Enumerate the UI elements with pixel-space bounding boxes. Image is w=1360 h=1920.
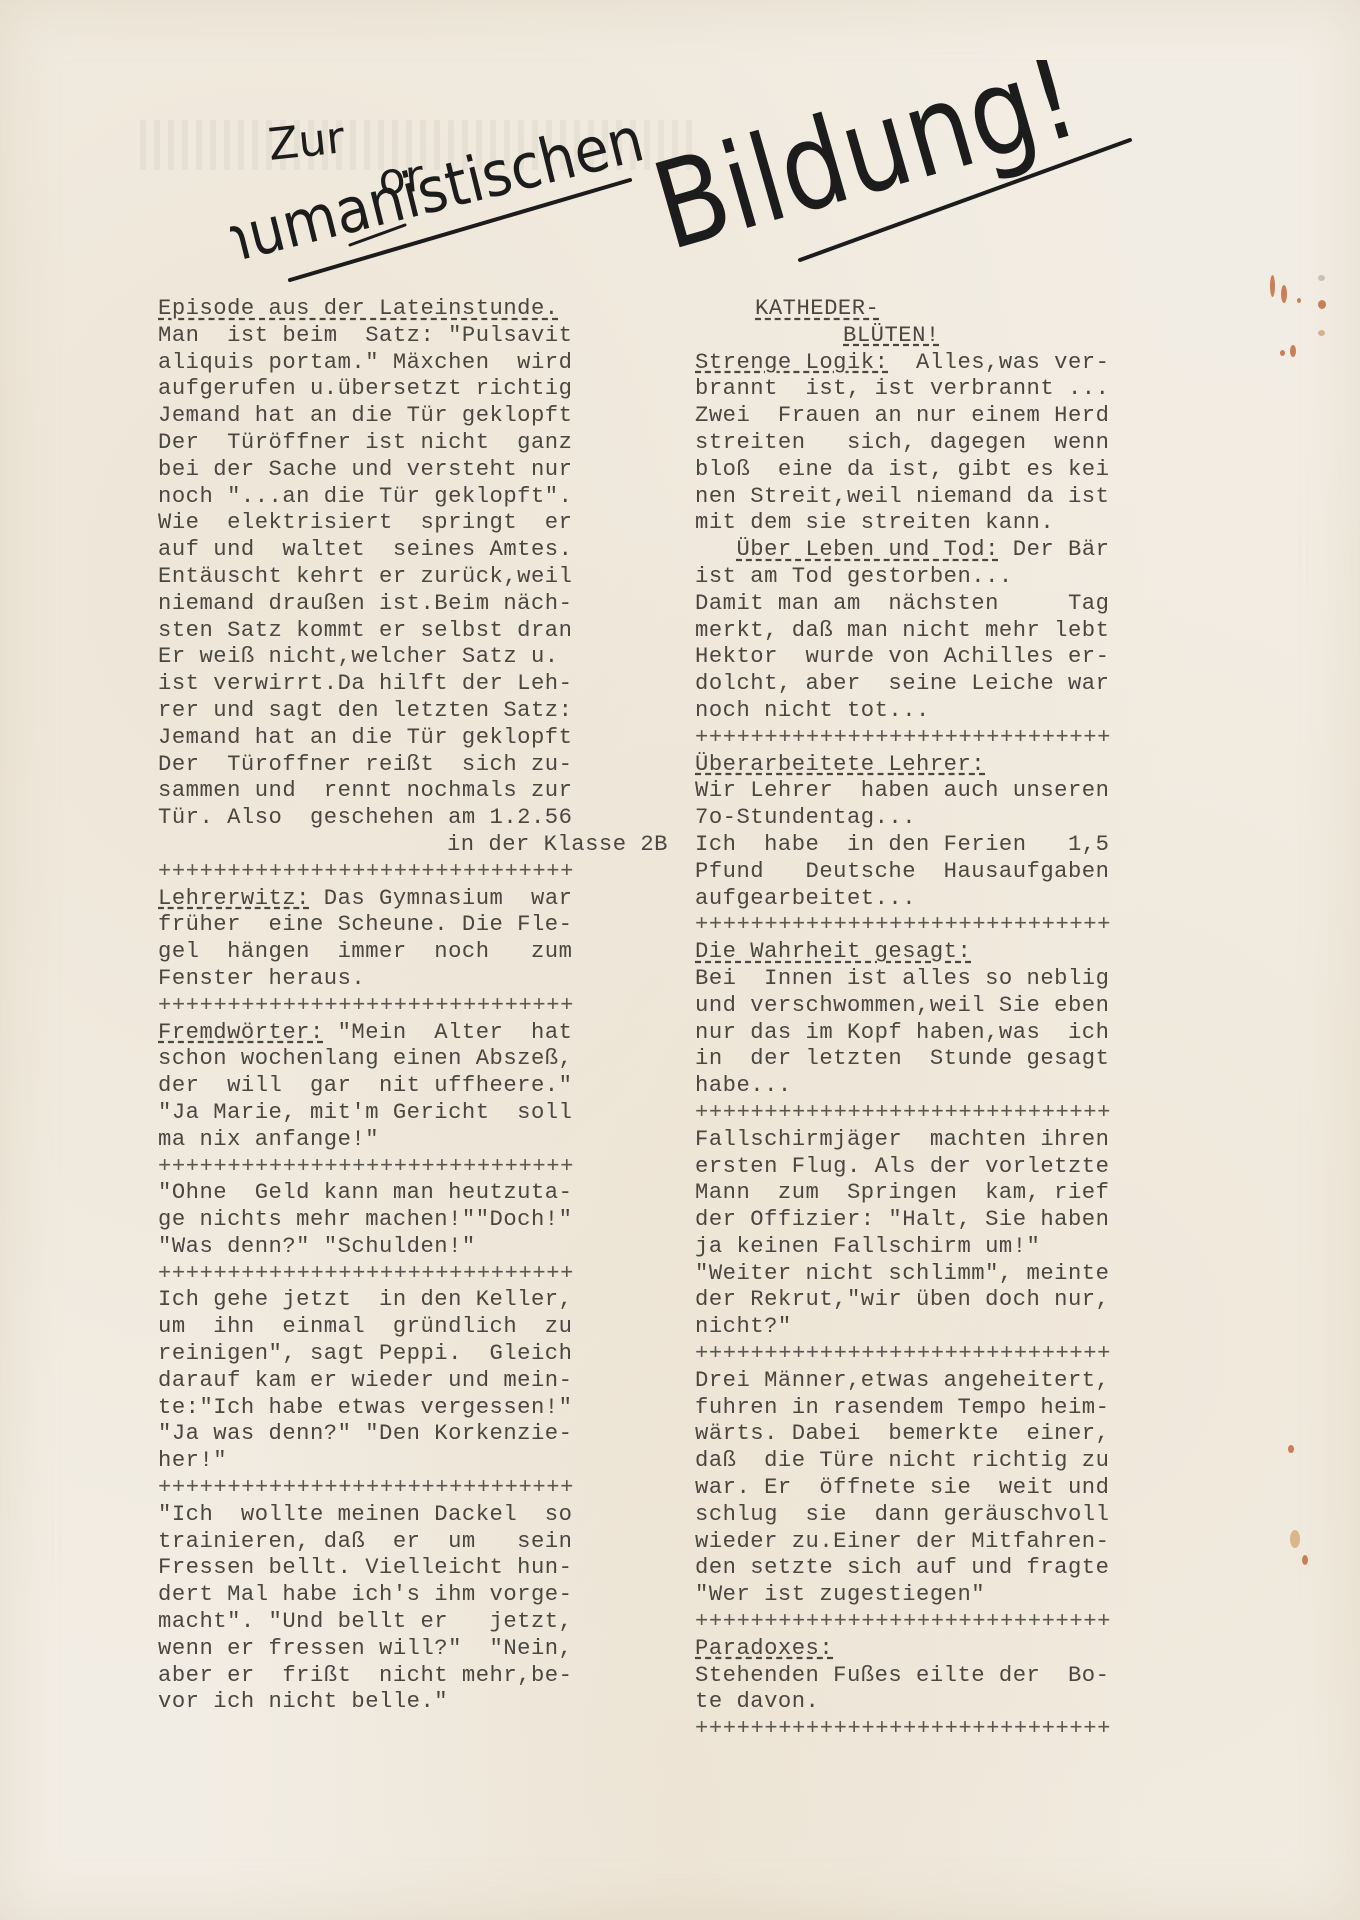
right-column: KATHEDER-BLÜTEN!Strenge Logik: Alles,was…	[695, 296, 1215, 1743]
text-line: Entäuscht kehrt er zurück,weil	[158, 564, 668, 591]
text-line: Lehrerwitz: Das Gymnasium war	[158, 886, 668, 913]
inline-heading-label: Die Wahrheit gesagt:	[695, 939, 971, 964]
text-line: habe...	[695, 1073, 1215, 1100]
text-line: Fenster heraus.	[158, 966, 668, 993]
rust-stain	[1290, 1530, 1300, 1548]
text-line: nen Streit,weil niemand da ist	[695, 484, 1215, 511]
handwritten-title: Zur or humanistischen Bildung!	[230, 60, 1190, 290]
text-line: Ich habe in den Ferien 1,5	[695, 832, 1215, 859]
text-line: Man ist beim Satz: "Pulsavit	[158, 323, 668, 350]
inline-heading-label: Lehrerwitz:	[158, 886, 310, 911]
text-line: Paradoxes:	[695, 1636, 1215, 1663]
text-line: früher eine Scheune. Die Fle-	[158, 912, 668, 939]
text-line: aufgerufen u.übersetzt richtig	[158, 376, 668, 403]
rust-stain	[1318, 330, 1325, 336]
text-line: der Offizier: "Halt, Sie haben	[695, 1207, 1215, 1234]
text-line: dolcht, aber seine Leiche war	[695, 671, 1215, 698]
text-line: Der Türoffner reißt sich zu-	[158, 752, 668, 779]
text-line: nur das im Kopf haben,was ich	[695, 1020, 1215, 1047]
text-line: auf und waltet seines Amtes.	[158, 537, 668, 564]
text-line: darauf kam er wieder und mein-	[158, 1368, 668, 1395]
text-line: te:"Ich habe etwas vergessen!"	[158, 1395, 668, 1422]
inline-heading-label: Fremdwörter:	[158, 1020, 324, 1045]
plus-separator: ++++++++++++++++++++++++++++++	[158, 1475, 668, 1502]
text-line: aber er frißt nicht mehr,be-	[158, 1663, 668, 1690]
text-line: Bei Innen ist alles so neblig	[695, 966, 1215, 993]
text-line: bloß eine da ist, gibt es kei	[695, 457, 1215, 484]
text-line: war. Er öffnete sie weit und	[695, 1475, 1215, 1502]
text-line: ma nix anfange!"	[158, 1127, 668, 1154]
text-line: daß die Türe nicht richtig zu	[695, 1448, 1215, 1475]
text-line: und verschwommen,weil Sie eben	[695, 993, 1215, 1020]
text-line: sten Satz kommt er selbst dran	[158, 618, 668, 645]
plus-separator: ++++++++++++++++++++++++++++++	[158, 993, 668, 1020]
text-line: reinigen", sagt Peppi. Gleich	[158, 1341, 668, 1368]
text-line: macht". "Und bellt er jetzt,	[158, 1609, 668, 1636]
title-main: Bildung!	[640, 60, 1092, 278]
text-line: Über Leben und Tod: Der Bär	[695, 537, 1215, 564]
plus-separator: ++++++++++++++++++++++++++++++	[695, 1716, 1215, 1743]
text-line: Pfund Deutsche Hausaufgaben	[695, 859, 1215, 886]
inline-heading-label: Strenge Logik:	[695, 350, 888, 375]
text-line: wärts. Dabei bemerkte einer,	[695, 1421, 1215, 1448]
text-line: schon wochenlang einen Abszeß,	[158, 1046, 668, 1073]
rust-stain	[1318, 300, 1326, 309]
plus-separator: ++++++++++++++++++++++++++++++	[695, 725, 1215, 752]
text-line: niemand draußen ist.Beim näch-	[158, 591, 668, 618]
left-column: Episode aus der Lateinstunde.Man ist bei…	[158, 296, 668, 1716]
text-line: schlug sie dann geräuschvoll	[695, 1502, 1215, 1529]
text-line: in der letzten Stunde gesagt	[695, 1046, 1215, 1073]
text-line: ist am Tod gestorben...	[695, 564, 1215, 591]
text-line: brannt ist, ist verbrannt ...	[695, 376, 1215, 403]
text-line: bei der Sache und versteht nur	[158, 457, 668, 484]
title-prefix: Zur	[266, 112, 348, 171]
text-line: wenn er fressen will?" "Nein,	[158, 1636, 668, 1663]
text-line: streiten sich, dagegen wenn	[695, 430, 1215, 457]
text-line: sammen und rennt nochmals zur	[158, 778, 668, 805]
text-line: Überarbeitete Lehrer:	[695, 752, 1215, 779]
text-line: Mann zum Springen kam, rief	[695, 1180, 1215, 1207]
text-line: Drei Männer,etwas angeheitert,	[695, 1368, 1215, 1395]
text-line: nicht?"	[695, 1314, 1215, 1341]
text-line: der will gar nit uffheere."	[158, 1073, 668, 1100]
text-line: trainieren, daß er um sein	[158, 1529, 668, 1556]
section-heading: BLÜTEN!	[695, 323, 1215, 350]
text-line: Strenge Logik: Alles,was ver-	[695, 350, 1215, 377]
text-line: "Was denn?" "Schulden!"	[158, 1234, 668, 1261]
text-line: vor ich nicht belle."	[158, 1689, 668, 1716]
text-line: Jemand hat an die Tür geklopft	[158, 403, 668, 430]
plus-separator: ++++++++++++++++++++++++++++++	[158, 1261, 668, 1288]
text-line: aufgearbeitet...	[695, 886, 1215, 913]
text-line: noch nicht tot...	[695, 698, 1215, 725]
rust-stain	[1290, 345, 1296, 357]
rust-stain	[1318, 275, 1325, 281]
rust-stain	[1280, 350, 1285, 356]
rust-stain	[1288, 1445, 1294, 1453]
inline-heading-label: Über Leben und Tod:	[736, 537, 998, 562]
text-line: merkt, daß man nicht mehr lebt	[695, 618, 1215, 645]
section-heading: KATHEDER-	[695, 296, 1215, 323]
text-line: Fallschirmjäger machten ihren	[695, 1127, 1215, 1154]
text-line: noch "...an die Tür geklopft".	[158, 484, 668, 511]
plus-separator: ++++++++++++++++++++++++++++++	[695, 1609, 1215, 1636]
text-line: te davon.	[695, 1689, 1215, 1716]
inline-heading-label: Überarbeitete Lehrer:	[695, 752, 985, 777]
text-line: her!"	[158, 1448, 668, 1475]
text-line: "Ja Marie, mit'm Gericht soll	[158, 1100, 668, 1127]
text-line: 7o-Stundentag...	[695, 805, 1215, 832]
text-line: "Wer ist zugestiegen"	[695, 1582, 1215, 1609]
plus-separator: ++++++++++++++++++++++++++++++	[695, 912, 1215, 939]
inline-heading-label: Paradoxes:	[695, 1636, 833, 1661]
text-line: der Rekrut,"wir üben doch nur,	[695, 1287, 1215, 1314]
section-heading: Episode aus der Lateinstunde.	[158, 296, 668, 323]
text-line: Er weiß nicht,welcher Satz u.	[158, 644, 668, 671]
rust-stain	[1297, 298, 1301, 303]
text-line: Ich gehe jetzt in den Keller,	[158, 1287, 668, 1314]
text-line: mit dem sie streiten kann.	[695, 510, 1215, 537]
text-line: Die Wahrheit gesagt:	[695, 939, 1215, 966]
text-line: Wir Lehrer haben auch unseren	[695, 778, 1215, 805]
text-line: aliquis portam." Mäxchen wird	[158, 350, 668, 377]
text-line: Jemand hat an die Tür geklopft	[158, 725, 668, 752]
plus-separator: ++++++++++++++++++++++++++++++	[158, 1154, 668, 1181]
text-line: ge nichts mehr machen!""Doch!"	[158, 1207, 668, 1234]
rust-stain	[1270, 275, 1275, 297]
text-line: Damit man am nächsten Tag	[695, 591, 1215, 618]
text-line: gel hängen immer noch zum	[158, 939, 668, 966]
plus-separator: ++++++++++++++++++++++++++++++	[695, 1100, 1215, 1127]
text-line: Wie elektrisiert springt er	[158, 510, 668, 537]
text-line: Stehenden Fußes eilte der Bo-	[695, 1663, 1215, 1690]
text-line: Fressen bellt. Vielleicht hun-	[158, 1555, 668, 1582]
text-line: Tür. Also geschehen am 1.2.56	[158, 805, 668, 832]
text-line: ersten Flug. Als der vorletzte	[695, 1154, 1215, 1181]
text-line: "Ja was denn?" "Den Korkenzie-	[158, 1421, 668, 1448]
text-line: in der Klasse 2B	[158, 832, 668, 859]
text-line: "Weiter nicht schlimm", meinte	[695, 1261, 1215, 1288]
text-line: um ihn einmal gründlich zu	[158, 1314, 668, 1341]
text-line: ja keinen Fallschirm um!"	[695, 1234, 1215, 1261]
text-line: "Ohne Geld kann man heutzuta-	[158, 1180, 668, 1207]
plus-separator: ++++++++++++++++++++++++++++++	[158, 859, 668, 886]
plus-separator: ++++++++++++++++++++++++++++++	[695, 1341, 1215, 1368]
text-line: wieder zu.Einer der Mitfahren-	[695, 1529, 1215, 1556]
text-line: rer und sagt den letzten Satz:	[158, 698, 668, 725]
text-line: Zwei Frauen an nur einem Herd	[695, 403, 1215, 430]
text-line: fuhren in rasendem Tempo heim-	[695, 1395, 1215, 1422]
text-line: ist verwirrt.Da hilft der Leh-	[158, 671, 668, 698]
text-line: den setzte sich auf und fragte	[695, 1555, 1215, 1582]
text-line: dert Mal habe ich's ihm vorge-	[158, 1582, 668, 1609]
text-line: Fremdwörter: "Mein Alter hat	[158, 1020, 668, 1047]
rust-stain	[1302, 1555, 1308, 1565]
text-line: "Ich wollte meinen Dackel so	[158, 1502, 668, 1529]
rust-stain	[1281, 285, 1287, 303]
text-line: Hektor wurde von Achilles er-	[695, 644, 1215, 671]
text-line: Der Türöffner ist nicht ganz	[158, 430, 668, 457]
